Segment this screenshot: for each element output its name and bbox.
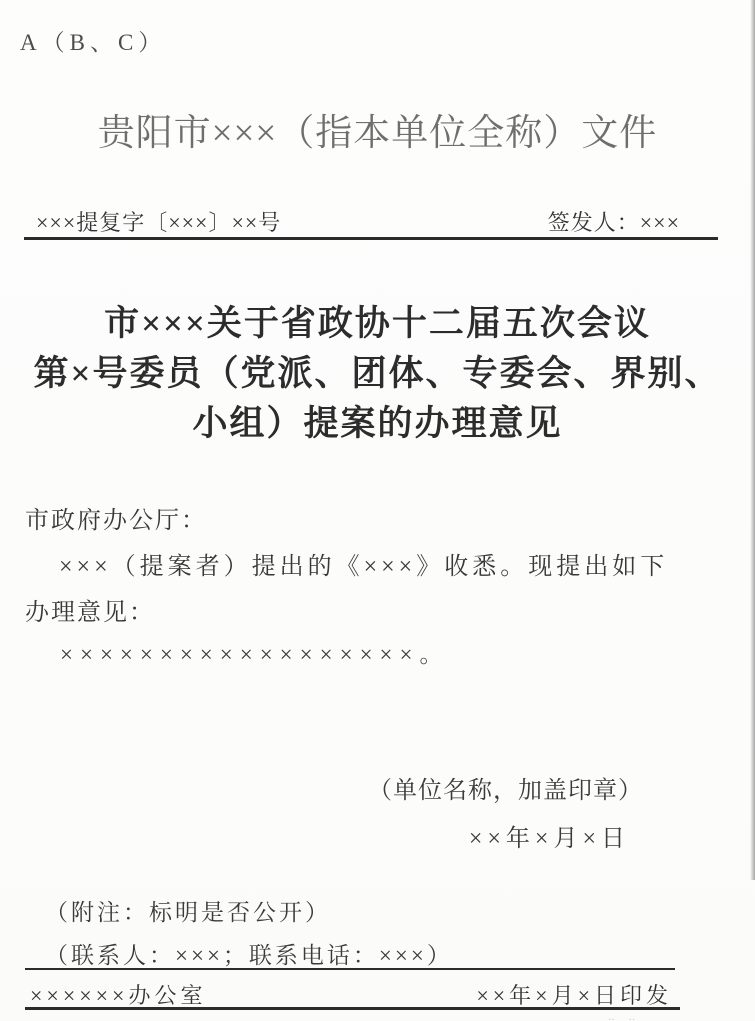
signoff-date: ××年×月×日 <box>469 818 630 853</box>
note-contact: （联系人：×××；联系电话：×××） <box>45 937 453 970</box>
document-title: 市×××关于省政协十二届五次会议 第×号委员（党派、团体、专委会、界别、 小组）… <box>0 299 755 449</box>
footer-print-date: ××年×月×日印发 <box>476 979 672 1010</box>
reference-row: ×××提复字〔×××〕××号 签发人：××× <box>36 206 680 237</box>
issuer: 签发人：××× <box>548 206 680 237</box>
body-placeholder-line: ××××××××××××××××××。 <box>25 636 449 669</box>
footer-row: ××××××办公室 ××年×月×日印发 <box>30 979 672 1010</box>
footer-top-rule <box>25 968 675 970</box>
body-paragraph-line-1: ×××（提案者）提出的《×××》收悉。现提出如下 <box>25 546 730 581</box>
note-publicity: （附注：标明是否公开） <box>45 894 331 927</box>
official-document-page: A（B、C） 贵阳市×××（指本单位全称）文件 ×××提复字〔×××〕××号 签… <box>0 0 755 1021</box>
document-title-line-2: 第×号委员（党派、团体、专委会、界别、 <box>0 349 755 399</box>
reference-number: ×××提复字〔×××〕××号 <box>36 206 281 237</box>
document-title-line-1: 市×××关于省政协十二届五次会议 <box>0 299 755 349</box>
footer-office: ××××××办公室 <box>30 979 206 1010</box>
header-separator-rule <box>24 237 718 240</box>
salutation: 市政府办公厅： <box>25 500 207 535</box>
org-header-title: 贵阳市×××（指本单位全称）文件 <box>0 102 755 156</box>
signoff-unit-name: （单位名称，加盖印章） <box>368 770 643 805</box>
copy-marking: A（B、C） <box>20 24 166 57</box>
footer-bottom-rule <box>25 1007 680 1010</box>
scan-artifact: ‥‥ <box>608 1012 698 1020</box>
body-paragraph-line-2: 办理意见： <box>25 592 155 627</box>
document-title-line-3: 小组）提案的办理意见 <box>0 399 755 449</box>
